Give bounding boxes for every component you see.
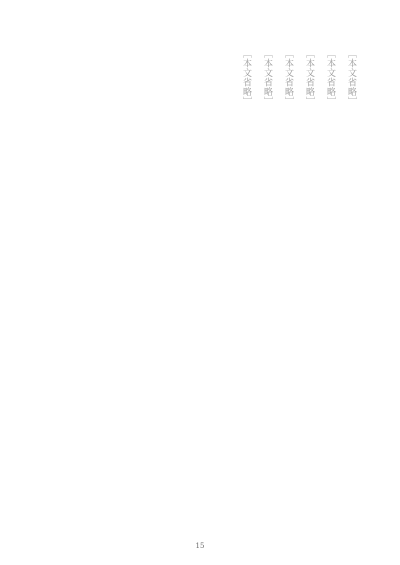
paragraph: ［本文省略］ <box>259 40 274 510</box>
paragraph: ［本文省略］ <box>238 40 253 510</box>
paragraph: ［本文省略］ <box>322 40 337 510</box>
body-text-area: ［本文省略］ ［本文省略］ ［本文省略］ ［本文省略］ ［本文省略］ ［本文省略… <box>48 40 358 510</box>
page-number: 15 <box>0 542 400 550</box>
paragraph: ［本文省略］ <box>301 40 316 510</box>
paragraph: ［本文省略］ <box>280 40 295 510</box>
paragraph: ［本文省略］ <box>343 40 358 510</box>
